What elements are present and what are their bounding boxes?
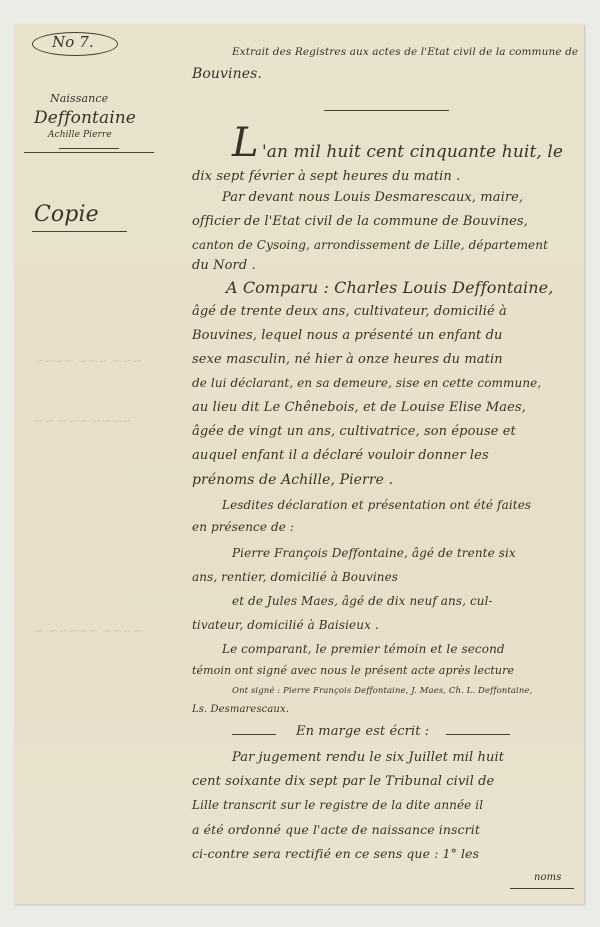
body-line: témoin ont signé avec nous le présent ac… [192,664,514,677]
note-line: a été ordonné que l'acte de naissance in… [192,822,480,837]
body-line: sexe masculin, né hier à onze heures du … [192,352,503,367]
copy-underline [32,231,127,232]
margin-rule-1-short [59,148,119,149]
body-line: Par devant nous Louis Desmarescaux, mair… [222,190,523,205]
note-line: Par jugement rendu le six Juillet mil hu… [232,750,504,765]
body-line: prénoms de Achille, Pierre . [192,472,393,488]
body-line: Bouvines, lequel nous a présenté un enfa… [192,328,503,343]
header-line-1: Extrait des Registres aux actes de l'Eta… [232,46,578,58]
document-page: No 7. Naissance Deffontaine Achille Pier… [14,24,584,904]
body-line: âgée de vingt un ans, cultivatrice, son … [192,424,516,439]
signatures-line: Ls. Desmarescaux. [192,704,289,715]
body-line: dix sept février à sept heures du matin … [192,169,460,184]
header-divider [324,110,449,111]
margin-rule-1 [24,152,154,153]
note-rule-right [446,734,510,735]
margin-given-names: Achille Pierre [48,130,112,140]
body-line: auquel enfant il a déclaré vouloir donne… [192,448,489,463]
body-line: du Nord . [192,258,256,273]
note-rule-left [232,734,276,735]
body-line: canton de Cysoing, arrondissement de Lil… [192,238,548,252]
bleed-through-text: ~~~~ ~~~~~ ~ [34,624,142,638]
record-number: No 7. [52,33,94,51]
margin-surname: Deffontaine [34,108,136,128]
body-line: en présence de : [192,520,294,534]
margin-label-naissance: Naissance [50,92,108,105]
note-line: cent soixante dix sept par le Tribunal c… [192,774,494,789]
note-line: ci-contre sera rectifié en ce sens que :… [192,846,479,861]
note-line: Lille transcrit sur le registre de la di… [192,798,483,812]
body-line: 'an mil huit cent cinquante huit, le [262,142,563,162]
body-line: Pierre François Deffontaine, âgé de tren… [232,546,516,560]
body-line: officier de l'Etat civil de la commune d… [192,214,528,229]
body-line: Le comparant, le premier témoin et le se… [222,642,505,656]
body-line: A Comparu : Charles Louis Deffontaine, [226,278,553,297]
header-line-2: Bouvines. [192,66,262,82]
body-line: de lui déclarant, en sa demeure, sise en… [192,376,541,390]
body-line: ans, rentier, domicilié à Bouvines [192,570,398,584]
signatures-line: Ont signé : Pierre François Deffontaine,… [232,686,532,696]
drop-initial: L [232,120,259,166]
bleed-through-text: ~~~~ ~~~ ~~ [34,414,132,428]
copy-label: Copie [34,202,99,227]
body-line: Lesdites déclaration et présentation ont… [222,498,531,512]
body-line: au lieu dit Le Chênebois, et de Louise E… [192,400,526,415]
body-line: tivateur, domicilié à Baisieux . [192,618,379,632]
body-line: âgé de trente deux ans, cultivateur, dom… [192,304,507,319]
catchword-underline [510,888,574,889]
catchword: noms [534,872,561,883]
margin-note-heading: En marge est écrit : [296,724,429,739]
bleed-through-text: ~~~ ~~~ ~~~~ [34,354,142,368]
body-line: et de Jules Maes, âgé de dix neuf ans, c… [232,594,493,608]
